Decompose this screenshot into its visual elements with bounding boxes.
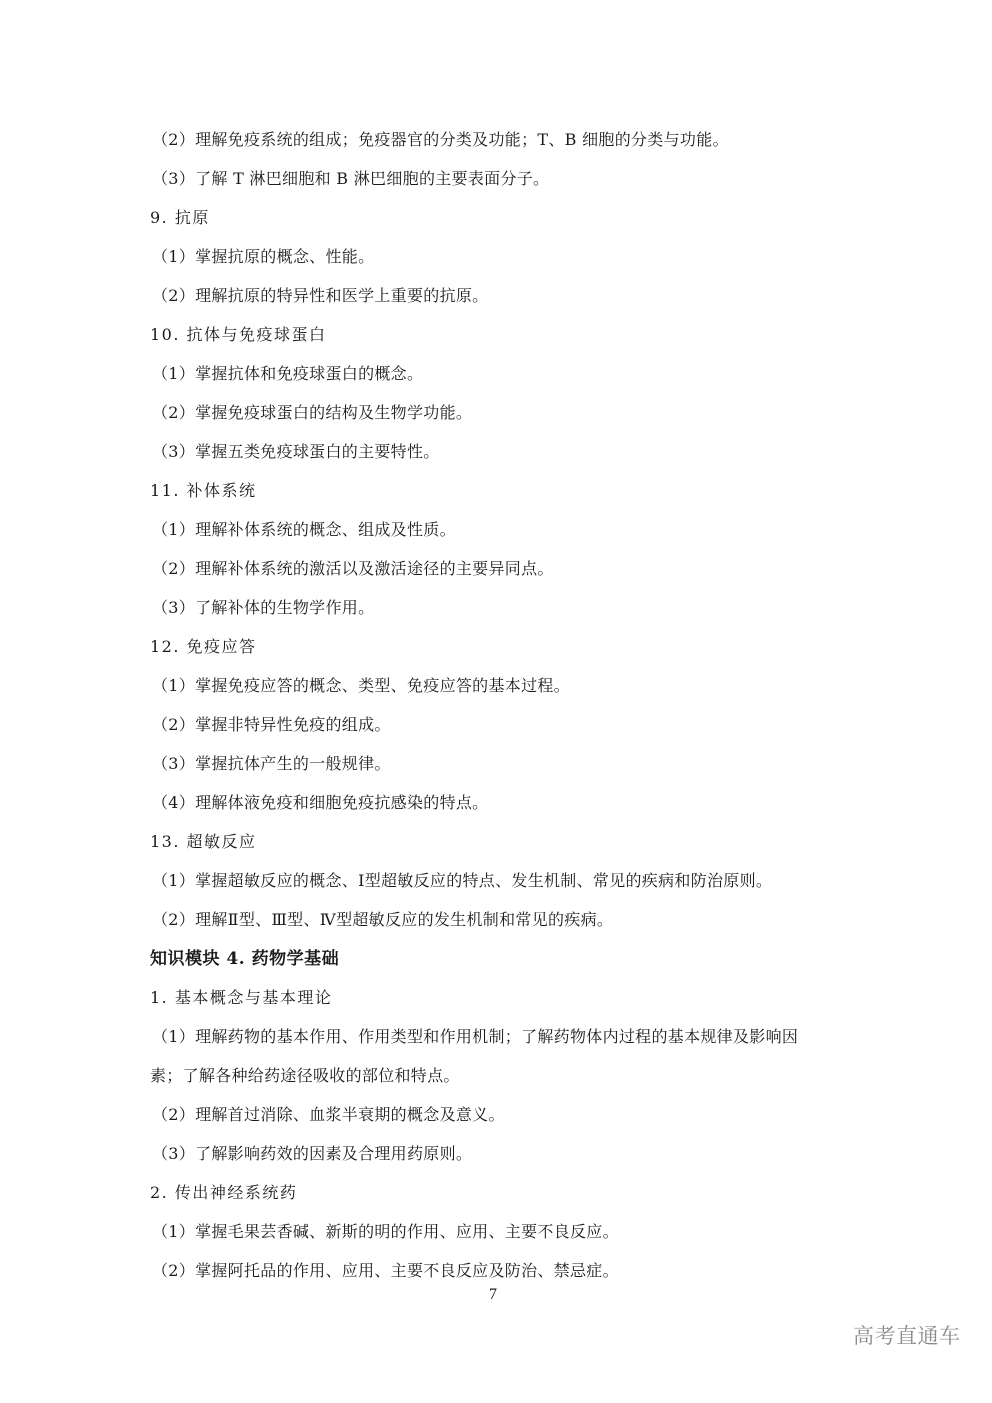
list-item: （1）掌握抗原的概念、性能。	[152, 247, 374, 267]
list-item: （2）理解首过消除、血浆半衰期的概念及意义。	[152, 1105, 505, 1125]
list-item: （2）理解Ⅱ型、Ⅲ型、Ⅳ型超敏反应的发生机制和常见的疾病。	[152, 910, 613, 930]
list-item: （3）了解补体的生物学作用。	[152, 598, 374, 618]
page-number: 7	[489, 1285, 497, 1305]
list-item: （2）理解免疫系统的组成；免疫器官的分类及功能；T、B 细胞的分类与功能。	[152, 130, 729, 150]
section-heading: 12. 免疫应答	[150, 637, 257, 657]
list-item: （1）掌握免疫应答的概念、类型、免疫应答的基本过程。	[152, 676, 570, 696]
section-heading: 10. 抗体与免疫球蛋白	[150, 325, 327, 345]
list-item-continuation: 素；了解各种给药途径吸收的部位和特点。	[150, 1066, 460, 1086]
list-item: （1）掌握抗体和免疫球蛋白的概念。	[152, 364, 423, 384]
list-item: （4）理解体液免疫和细胞免疫抗感染的特点。	[152, 793, 488, 813]
list-item: （1）理解补体系统的概念、组成及性质。	[152, 520, 456, 540]
list-item: （2）掌握免疫球蛋白的结构及生物学功能。	[152, 403, 472, 423]
section-heading: 13. 超敏反应	[150, 832, 257, 852]
document-page: （2）理解免疫系统的组成；免疫器官的分类及功能；T、B 细胞的分类与功能。 （3…	[0, 0, 992, 1403]
section-heading: 9. 抗原	[150, 208, 210, 228]
list-item: （1）掌握毛果芸香碱、新斯的明的作用、应用、主要不良反应。	[152, 1222, 619, 1242]
list-item: （1）掌握超敏反应的概念、Ⅰ型超敏反应的特点、发生机制、常见的疾病和防治原则。	[152, 871, 772, 891]
list-item: （2）理解抗原的特异性和医学上重要的抗原。	[152, 286, 488, 306]
list-item: （2）掌握阿托品的作用、应用、主要不良反应及防治、禁忌症。	[152, 1261, 619, 1281]
list-item: （3）掌握抗体产生的一般规律。	[152, 754, 391, 774]
section-heading: 11. 补体系统	[150, 481, 257, 501]
watermark: 高考直通车	[853, 1324, 961, 1348]
list-item: （2）掌握非特异性免疫的组成。	[152, 715, 391, 735]
list-item: （3）掌握五类免疫球蛋白的主要特性。	[152, 442, 440, 462]
section-heading: 1. 基本概念与基本理论	[150, 988, 332, 1008]
module-title: 知识模块 4. 药物学基础	[150, 949, 339, 969]
section-heading: 2. 传出神经系统药	[150, 1183, 297, 1203]
list-item: （2）理解补体系统的激活以及激活途径的主要异同点。	[152, 559, 554, 579]
list-item: （1）理解药物的基本作用、作用类型和作用机制；了解药物体内过程的基本规律及影响因	[152, 1027, 798, 1047]
list-item: （3）了解影响药效的因素及合理用药原则。	[152, 1144, 472, 1164]
list-item: （3）了解 T 淋巴细胞和 B 淋巴细胞的主要表面分子。	[152, 169, 549, 189]
